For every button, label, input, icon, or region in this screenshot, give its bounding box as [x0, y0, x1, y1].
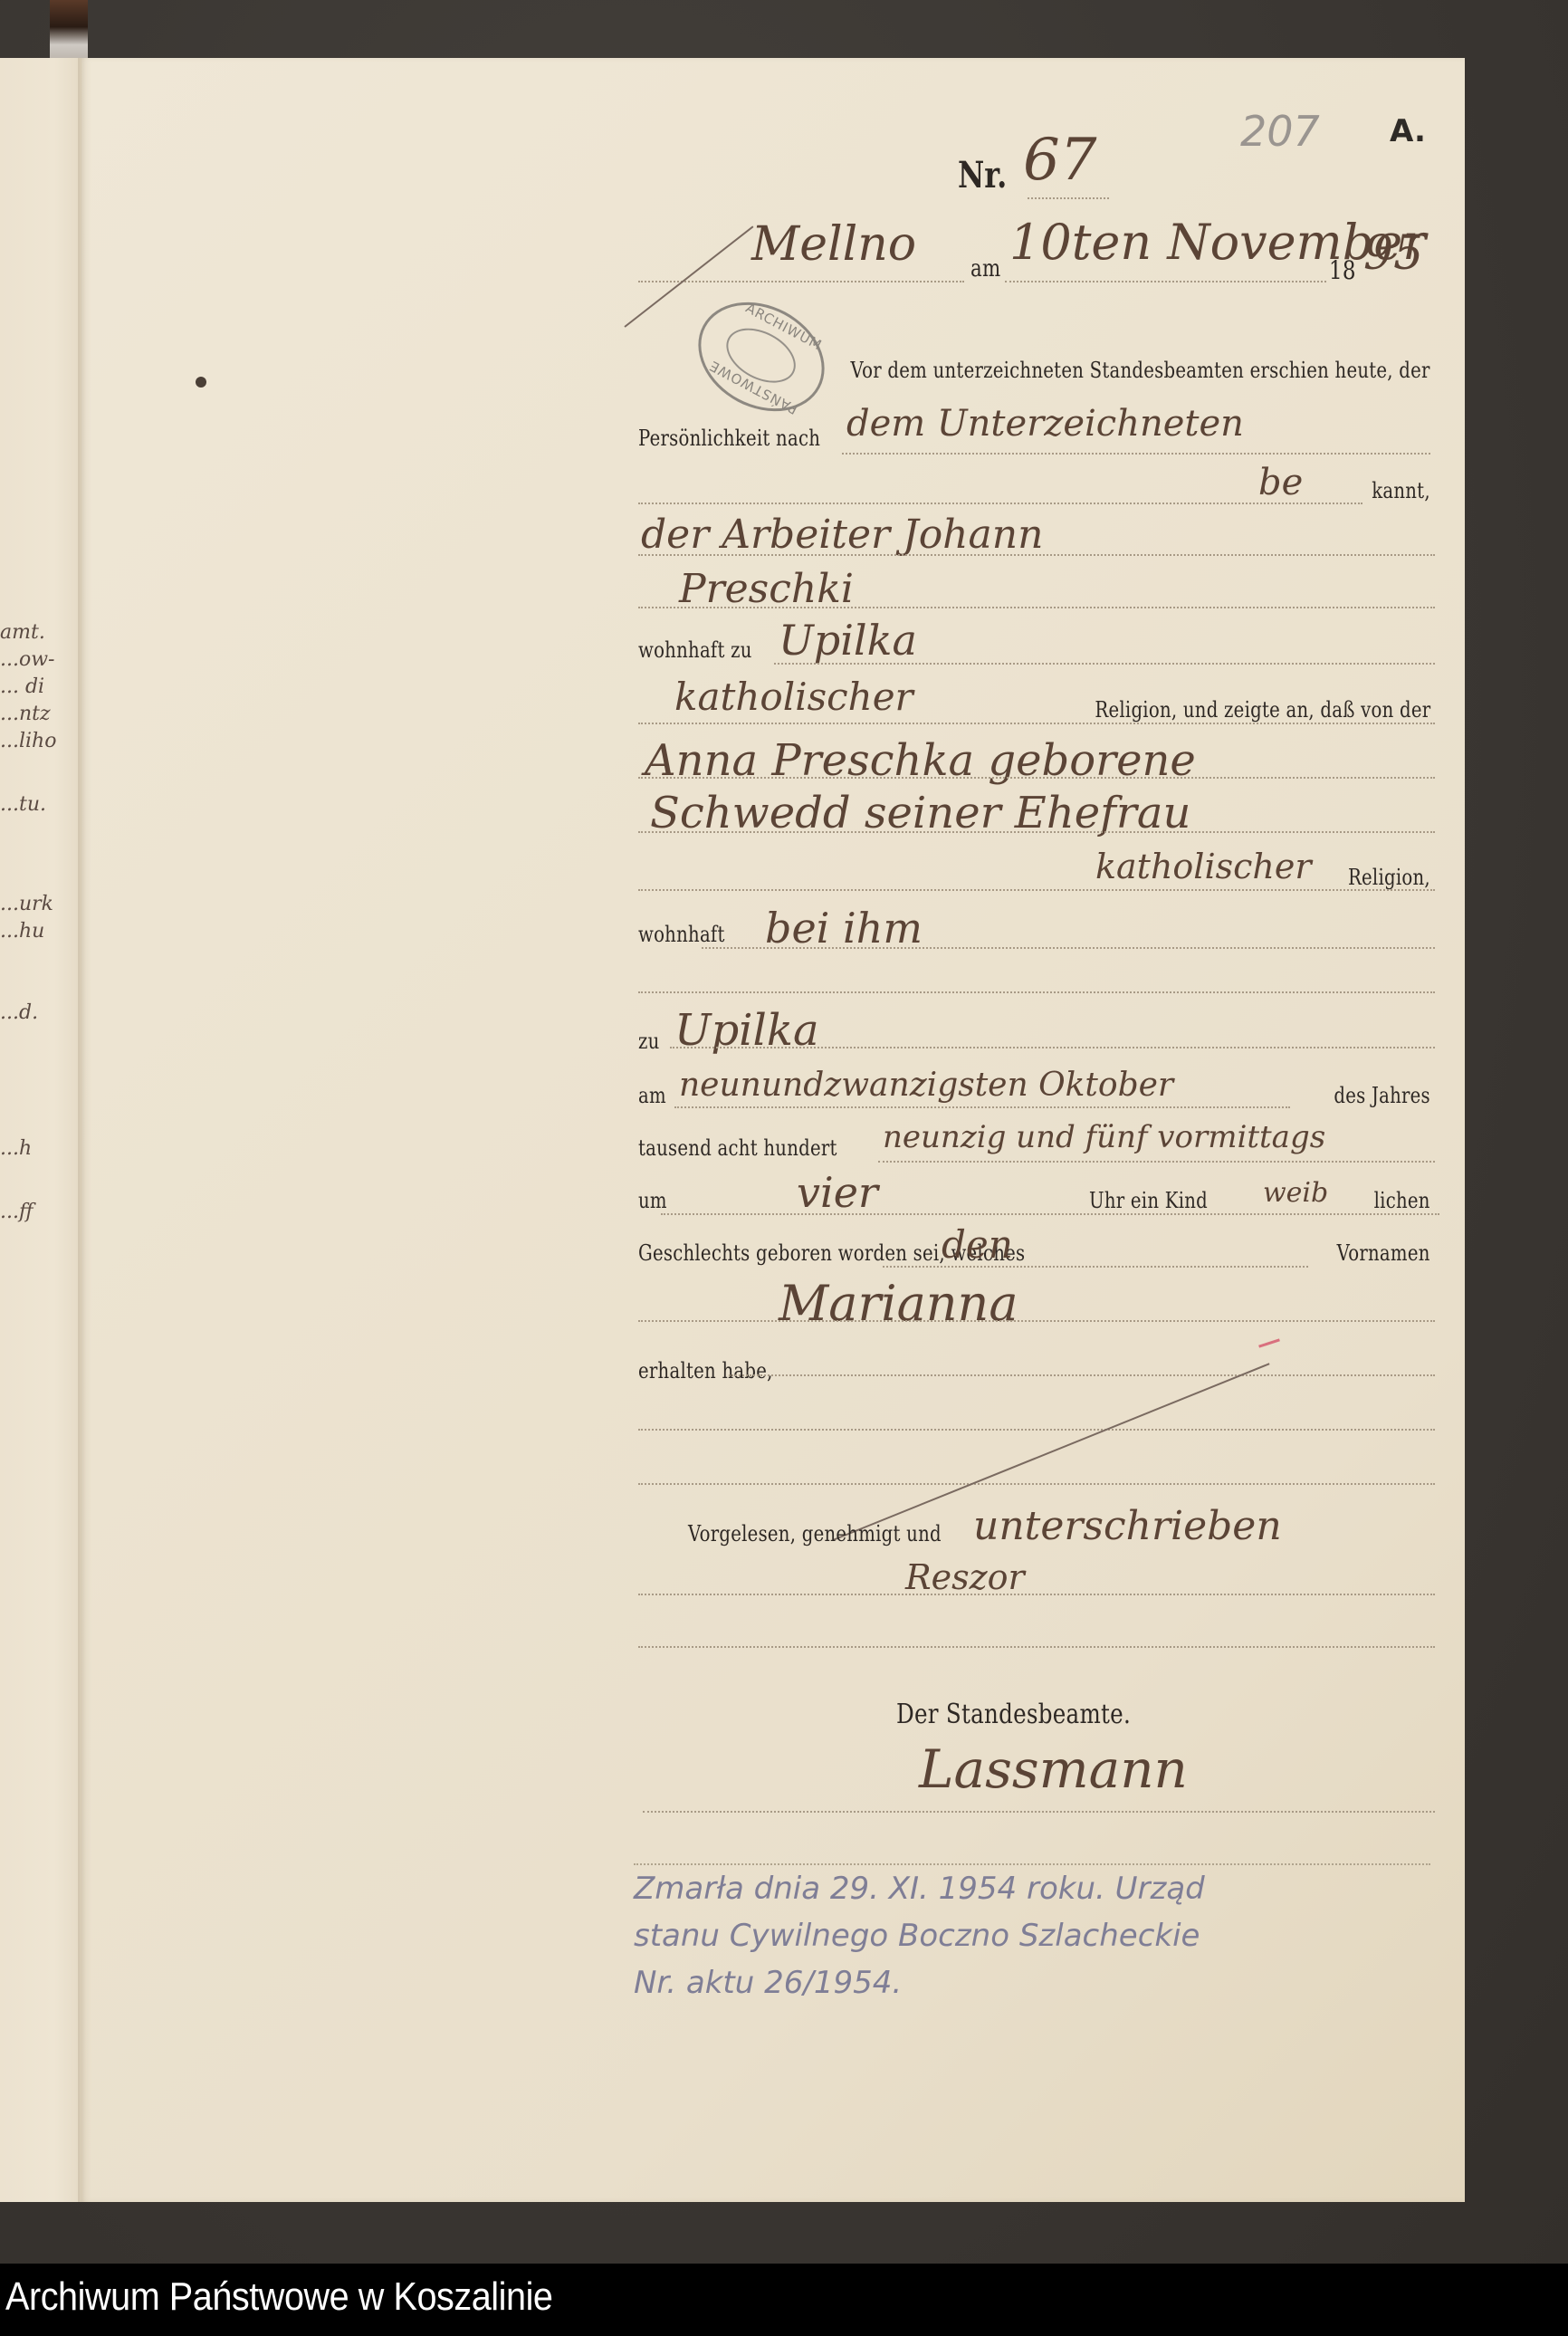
printed-vornamen: Vornamen — [1337, 1240, 1430, 1266]
printed-wohnhaft-zu: wohnhaft zu — [638, 637, 752, 663]
annotation-line: stanu Cywilnego Boczno Szlacheckie — [634, 1912, 1412, 1959]
number-line — [1028, 197, 1109, 199]
printed-religion-zeigte: Religion, und zeigte an, daß von der — [1095, 697, 1430, 723]
book-binding — [50, 0, 88, 60]
pencil-folio-number: 207 — [1240, 107, 1320, 156]
left-fragment: ...h — [0, 1135, 72, 1163]
registrar-signature: Lassmann — [919, 1738, 1188, 1800]
left-fragment: ...tu. — [0, 791, 72, 819]
line-15 — [661, 1213, 1439, 1215]
archive-name: Archiwum Państwowe w Koszalinie — [5, 2274, 552, 2320]
place-name: Mellno — [751, 217, 916, 272]
printed-wohnhaft: wohnhaft — [638, 922, 725, 947]
line-17 — [638, 1320, 1435, 1322]
spacer — [0, 1027, 72, 1135]
hand-unterschrieben: unterschrieben — [973, 1503, 1282, 1549]
printed-zu: zu — [638, 1029, 660, 1054]
left-fragment: amt. — [0, 619, 72, 646]
printed-persoenlichkeit: Persönlichkeit nach — [638, 426, 820, 451]
number-label: Nr. — [958, 154, 1007, 196]
registrar-title: Der Standesbeamte. — [896, 1699, 1131, 1730]
printed-religion: Religion, — [1348, 865, 1430, 890]
line-8 — [638, 831, 1435, 833]
line-13 — [674, 1106, 1290, 1108]
left-fragment: ...ff — [0, 1199, 72, 1226]
printed-uhr-ein-kind: Uhr ein Kind — [1089, 1188, 1208, 1213]
line-22 — [638, 1594, 1435, 1595]
printed-tausend: tausend acht hundert — [638, 1135, 837, 1161]
line-2 — [638, 503, 1362, 504]
hand-mother-religion: katholischer — [1095, 847, 1312, 886]
spacer — [0, 755, 72, 791]
date-line — [1005, 281, 1326, 282]
hand-den: den — [942, 1222, 1013, 1267]
line-14 — [878, 1161, 1435, 1163]
annotation-line: Zmarła dnia 29. XI. 1954 roku. Urząd — [634, 1865, 1412, 1912]
hand-mother-residence: bei ihm — [765, 904, 923, 953]
printed-kannt: kannt, — [1372, 478, 1430, 503]
printed-um: um — [638, 1188, 667, 1213]
printed-am: am — [638, 1083, 666, 1108]
line-19 — [638, 1429, 1435, 1431]
line-16 — [883, 1266, 1308, 1268]
left-fragment: ... di — [0, 674, 72, 701]
line-20 — [638, 1483, 1435, 1485]
line-9 — [638, 889, 1435, 891]
spacer — [0, 945, 72, 1000]
hand-sex: weib — [1263, 1177, 1328, 1209]
left-fragment: ...ntz — [0, 701, 72, 728]
line-10 — [702, 947, 1435, 949]
left-page-text: amt. ...ow- ... di ...ntz ...liho ...tu.… — [0, 619, 72, 1226]
printed-lichen: lichen — [1374, 1188, 1430, 1213]
line-18 — [729, 1374, 1435, 1376]
hand-bekannt: be — [1258, 462, 1303, 503]
left-fragment: ...ow- — [0, 646, 72, 674]
punch-hole — [196, 377, 206, 388]
spacer — [0, 819, 72, 891]
line-12 — [670, 1047, 1435, 1048]
line-3 — [638, 554, 1435, 556]
date-prefix: am — [970, 255, 1000, 282]
line-4 — [638, 607, 1435, 608]
annotation-line: Nr. aktu 26/1954. — [634, 1959, 1412, 2006]
hand-father-name: der Arbeiter Johann — [641, 512, 1043, 558]
death-annotation: Zmarła dnia 29. XI. 1954 roku. Urząd sta… — [634, 1865, 1412, 2006]
hand-residence: Upilka — [779, 616, 917, 665]
entry-number: 67 — [1023, 127, 1096, 194]
year-prefix: 18 — [1329, 255, 1356, 285]
place-line — [638, 281, 964, 282]
left-fragment: ...liho — [0, 728, 72, 755]
printed-vorgelesen: Vorgelesen, genehmigt und — [688, 1521, 942, 1546]
hand-informant-signature: Reszor — [905, 1557, 1025, 1597]
line-6 — [638, 723, 1435, 724]
left-fragment: ...urk — [0, 891, 72, 918]
hand-birth-date: neunundzwanzigsten Oktober — [679, 1067, 1173, 1104]
line-7 — [638, 777, 1435, 779]
hand-father-surname: Preschki — [679, 566, 854, 612]
hand-father-religion: katholischer — [674, 675, 913, 719]
hand-child-name: Marianna — [779, 1275, 1018, 1332]
line-1 — [842, 453, 1430, 455]
printed-des-jahres: des Jahres — [1334, 1083, 1430, 1108]
hand-persoenlichkeit: dem Unterzeichneten — [846, 403, 1244, 445]
spacer — [0, 1163, 72, 1199]
printed-erhalten-habe: erhalten habe, — [638, 1358, 773, 1383]
page-edge — [80, 58, 81, 2202]
left-fragment: ...hu — [0, 918, 72, 945]
line-23 — [638, 1646, 1435, 1648]
year-value: 95 — [1363, 226, 1423, 281]
line-5 — [774, 663, 1435, 665]
corner-mark: A. — [1390, 113, 1426, 149]
left-fragment: ...d. — [0, 1000, 72, 1027]
printed-intro: Vor dem unterzeichneten Standesbeamten e… — [851, 358, 1430, 383]
left-page: amt. ...ow- ... di ...ntz ...liho ...tu.… — [0, 58, 80, 2202]
line-24 — [643, 1811, 1435, 1813]
hand-birth-hour: vier — [797, 1168, 878, 1217]
hand-birth-year: neunzig und fünf vormittags — [883, 1119, 1325, 1155]
line-11 — [638, 991, 1435, 993]
